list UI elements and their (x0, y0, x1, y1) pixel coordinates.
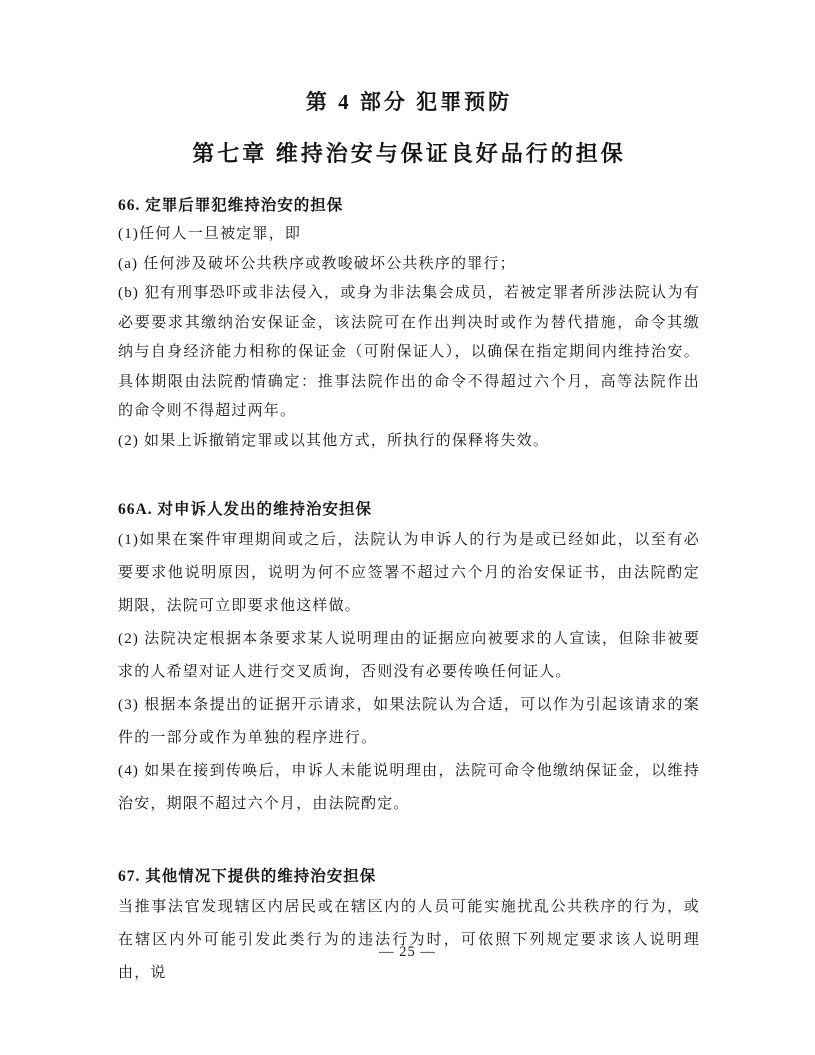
paragraph: (2) 如果上诉撤销定罪或以其他方式，所执行的保释将失效。 (118, 427, 700, 457)
paragraph: (b) 犯有刑事恐吓或非法侵入，或身为非法集会成员，若被定罪者所涉法院认为有必要… (118, 279, 700, 427)
page-number: — 25 — (0, 944, 815, 961)
section-66-heading: 66. 定罪后罪犯维持治安的担保 (118, 192, 700, 220)
section-67: 67. 其他情况下提供的维持治安担保 当推事法官发现辖区内居民或在辖区内的人员可… (118, 863, 700, 990)
paragraph: (a) 任何涉及破坏公共秩序或教唆破坏公共秩序的罪行； (118, 250, 700, 280)
section-66a: 66A. 对申诉人发出的维持治安担保 (1)如果在案件审理期间或之后，法院认为申… (118, 496, 700, 821)
paragraph: (1)任何人一旦被定罪，即 (118, 220, 700, 250)
part-title: 第 4 部分 犯罪预防 (118, 90, 700, 114)
document-page: 第 4 部分 犯罪预防 第七章 维持治安与保证良好品行的担保 66. 定罪后罪犯… (0, 0, 815, 1055)
section-67-heading: 67. 其他情况下提供的维持治安担保 (118, 863, 700, 891)
paragraph: (4) 如果在接到传唤后，申诉人未能说明理由，法院可命令他缴纳保证金，以维持治安… (118, 755, 700, 821)
paragraph: (3) 根据本条提出的证据开示请求，如果法院认为合适，可以作为引起该请求的案件的… (118, 689, 700, 755)
paragraph: (2) 法院决定根据本条要求某人说明理由的证据应向被要求的人宣读，但除非被要求的… (118, 623, 700, 689)
section-66a-heading: 66A. 对申诉人发出的维持治安担保 (118, 496, 700, 524)
section-66: 66. 定罪后罪犯维持治安的担保 (1)任何人一旦被定罪，即 (a) 任何涉及破… (118, 192, 700, 456)
chapter-title: 第七章 维持治安与保证良好品行的担保 (118, 141, 700, 167)
paragraph: (1)如果在案件审理期间或之后，法院认为申诉人的行为是或已经如此，以至有必要要求… (118, 524, 700, 623)
paragraph: 当推事法官发现辖区内居民或在辖区内的人员可能实施扰乱公共秩序的行为，或在辖区内外… (118, 891, 700, 990)
